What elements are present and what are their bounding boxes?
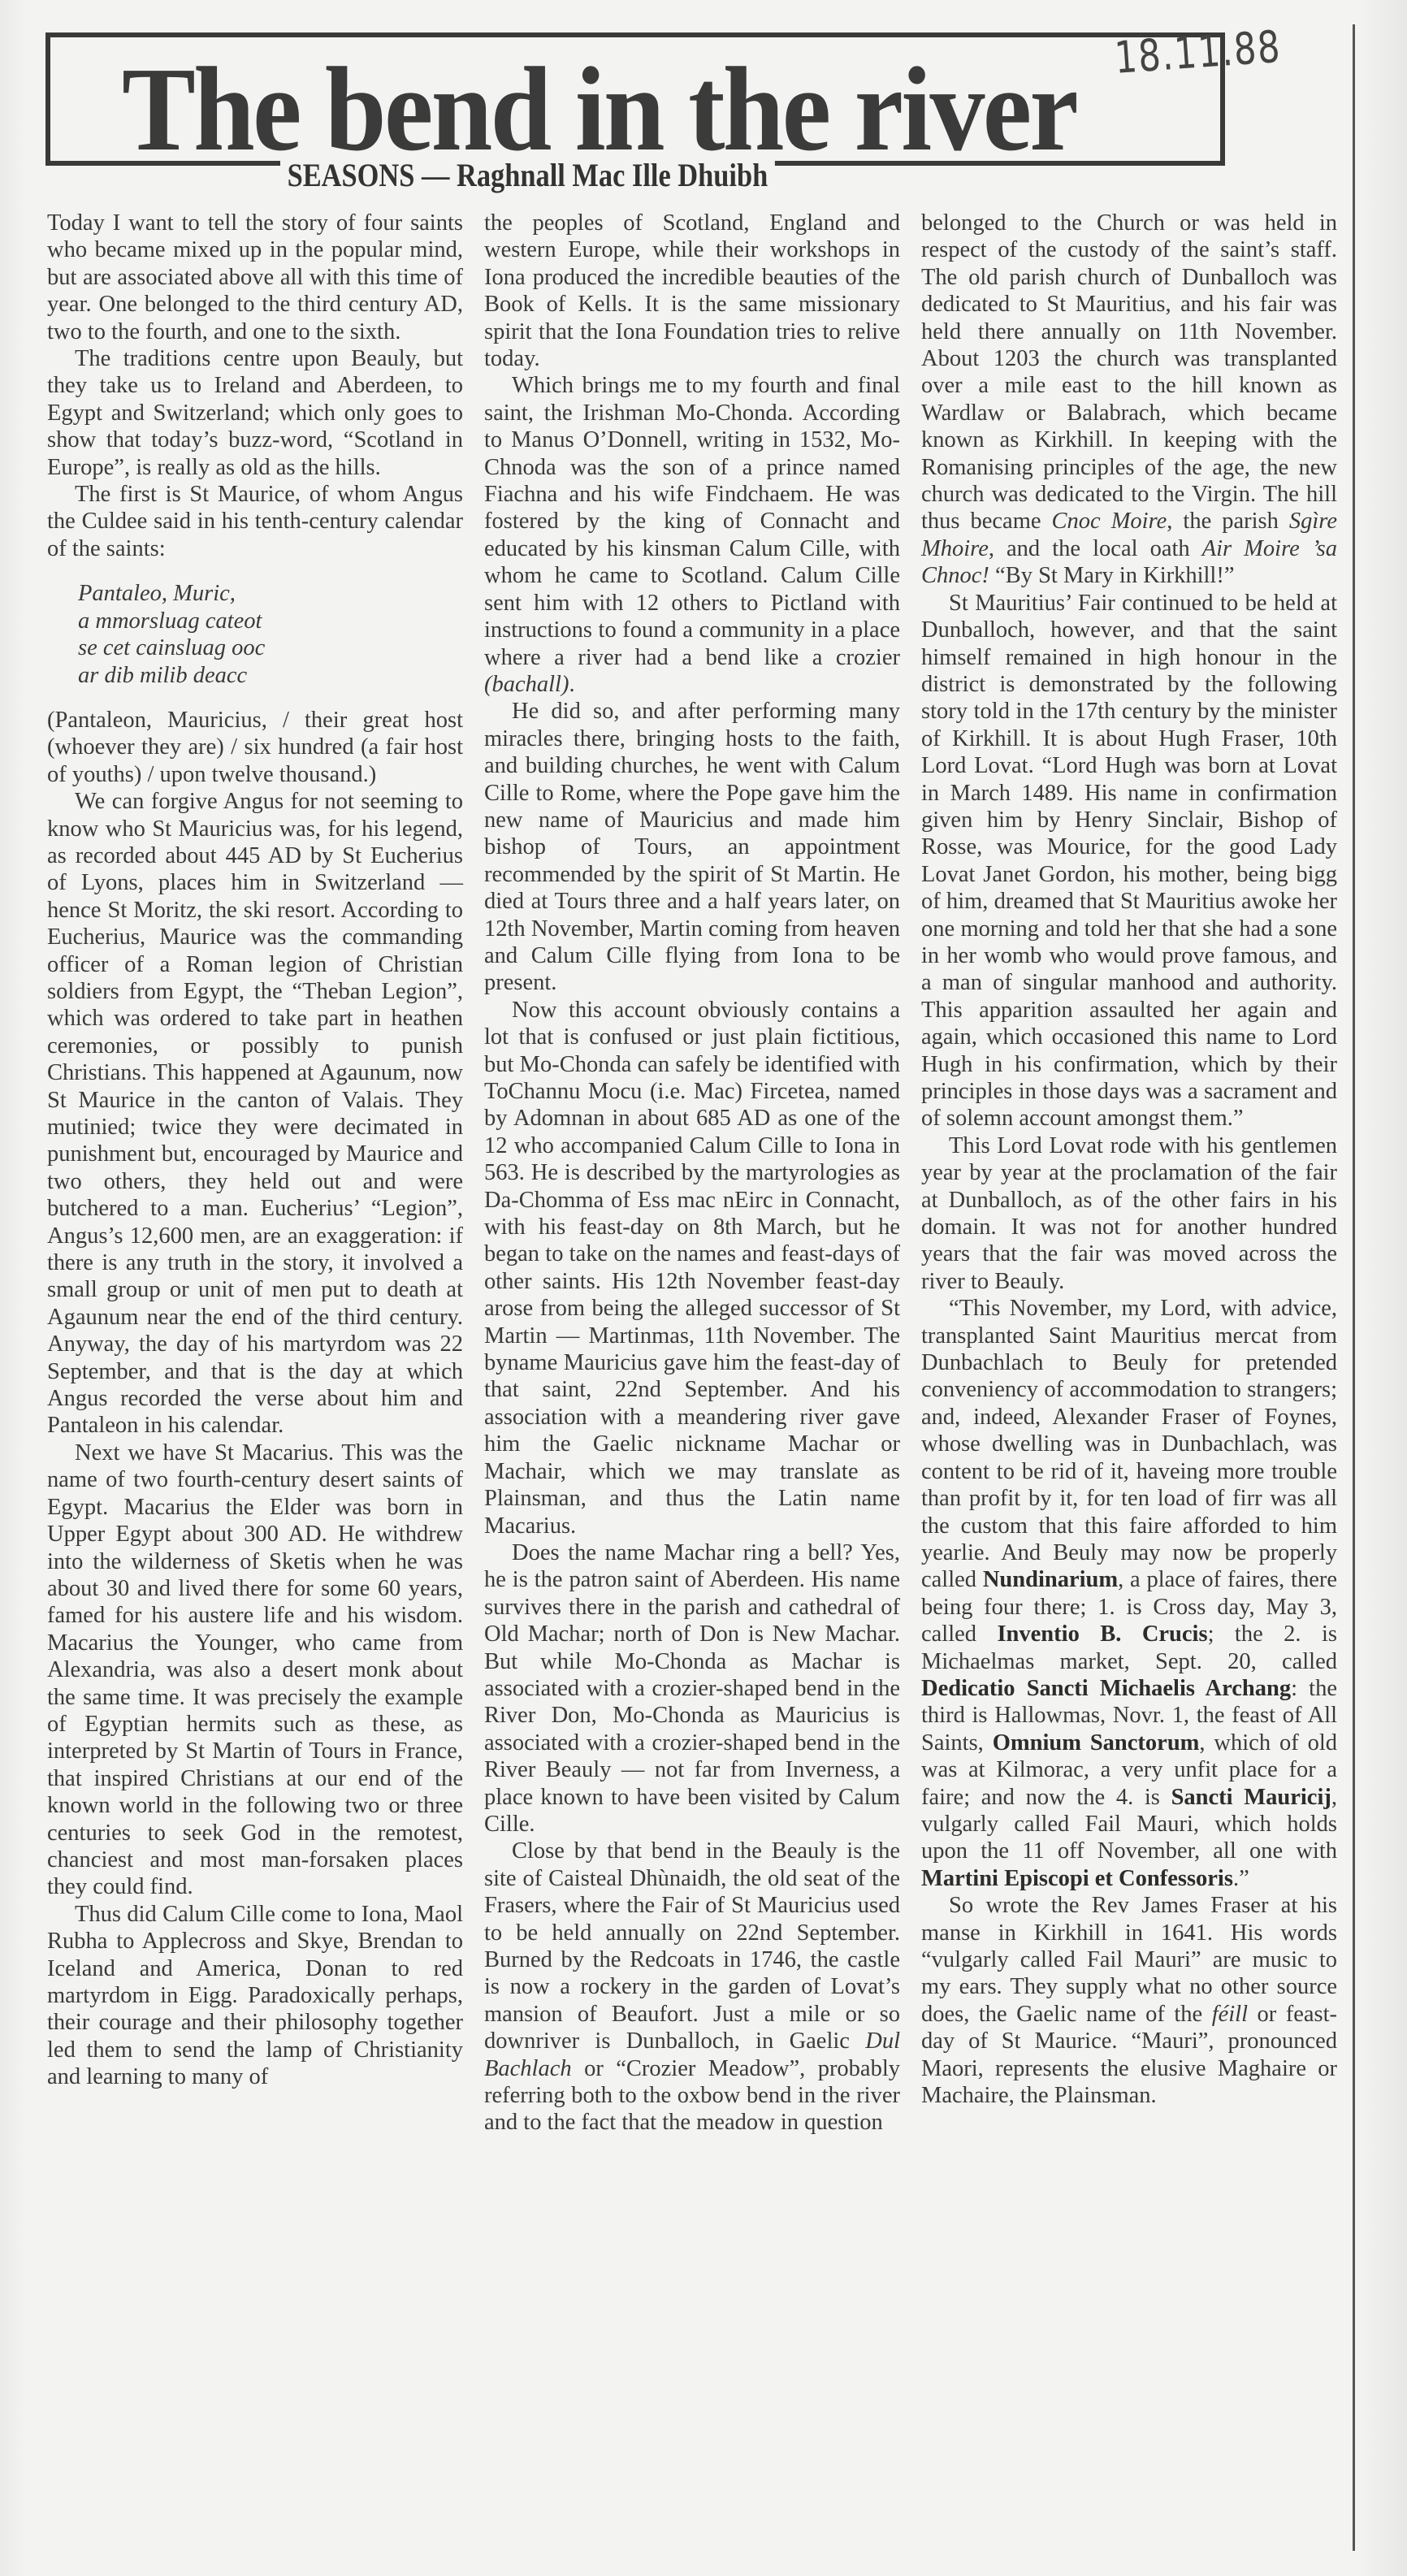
paragraph: Thus did Calum Cille come to Iona, Maol … <box>47 1901 463 2091</box>
verse-line: Pantaleo, Muric, <box>78 580 463 607</box>
bold-term: Omnium Sanctorum <box>993 1730 1200 1756</box>
bold-term: Inventio B. Crucis <box>997 1621 1207 1647</box>
paragraph: St Mauritius’ Fair continued to be held … <box>921 590 1337 1132</box>
quotation-paragraph: “This November, my Lord, with advice, tr… <box>921 1295 1337 1892</box>
verse-line: ar dib milib deacc <box>78 662 463 689</box>
paragraph: This Lord Lovat rode with his gentlemen … <box>921 1132 1337 1295</box>
verse-line: a mmorsluag cateot <box>78 608 463 634</box>
italic-term: (bachall) <box>484 672 569 697</box>
text-run: , and the local oath <box>989 536 1202 561</box>
text-run: . <box>569 672 574 697</box>
bold-term: Martini Episcopi et Confessoris <box>921 1866 1233 1891</box>
verse-line: se cet cainsluag ooc <box>78 634 463 661</box>
paragraph: Close by that bend in the Beauly is the … <box>484 1838 900 2136</box>
text-run: Close by that bend in the Beauly is the … <box>484 1838 900 2054</box>
column-3: belonged to the Church or was held in re… <box>921 210 1337 2137</box>
article-body: Today I want to tell the story of four s… <box>47 210 1339 2137</box>
handwritten-date: 18.11.88 <box>1113 21 1283 84</box>
paragraph: He did so, and after performing many mir… <box>484 698 900 996</box>
italic-term: féill <box>1212 2002 1248 2027</box>
verse-translation: (Pantaleon, Mauricius, / their great hos… <box>47 707 463 788</box>
paragraph: The traditions centre upon Beauly, but t… <box>47 345 463 481</box>
paragraph: Does the name Machar ring a bell? Yes, h… <box>484 1539 900 1838</box>
paragraph: Next we have St Macarius. This was the n… <box>47 1440 463 1901</box>
paragraph: Now this account obviously contains a lo… <box>484 997 900 1539</box>
text-run: Which brings me to my fourth and final s… <box>484 373 900 669</box>
paragraph: So wrote the Rev James Fraser at his man… <box>921 1892 1337 2109</box>
text-run: belonged to the Church or was held in re… <box>921 210 1337 534</box>
paragraph: Today I want to tell the story of four s… <box>47 210 463 345</box>
bold-term: Sancti Mauricij <box>1171 1785 1331 1810</box>
text-run: , the parish <box>1167 509 1289 534</box>
byline: SEASONS — Raghnall Mac Ille Dhuibh <box>280 156 775 194</box>
italic-term: Cnoc Moire <box>1052 509 1167 534</box>
paragraph: The first is St Maurice, of whom Angus t… <box>47 481 463 562</box>
paragraph: Which brings me to my fourth and final s… <box>484 372 900 698</box>
column-2: the peoples of Scotland, England and wes… <box>484 210 900 2137</box>
paragraph: belonged to the Church or was held in re… <box>921 210 1337 590</box>
text-run: “This November, my Lord, with advice, tr… <box>921 1296 1337 1592</box>
column-1: Today I want to tell the story of four s… <box>47 210 463 2137</box>
paragraph: We can forgive Angus for not seeming to … <box>47 788 463 1440</box>
bold-term: Nundinarium <box>983 1567 1118 1592</box>
column-rule <box>1353 24 1355 2551</box>
paragraph: the peoples of Scotland, England and wes… <box>484 210 900 372</box>
headline: The bend in the river <box>122 49 1145 171</box>
gaelic-verse: Pantaleo, Muric, a mmorsluag cateot se c… <box>78 580 463 689</box>
text-run: “By St Mary in Kirkhill!” <box>989 563 1235 588</box>
bold-term: Dedicatio Sancti Michaelis Archang <box>921 1676 1291 1701</box>
text-run: .” <box>1233 1866 1249 1891</box>
